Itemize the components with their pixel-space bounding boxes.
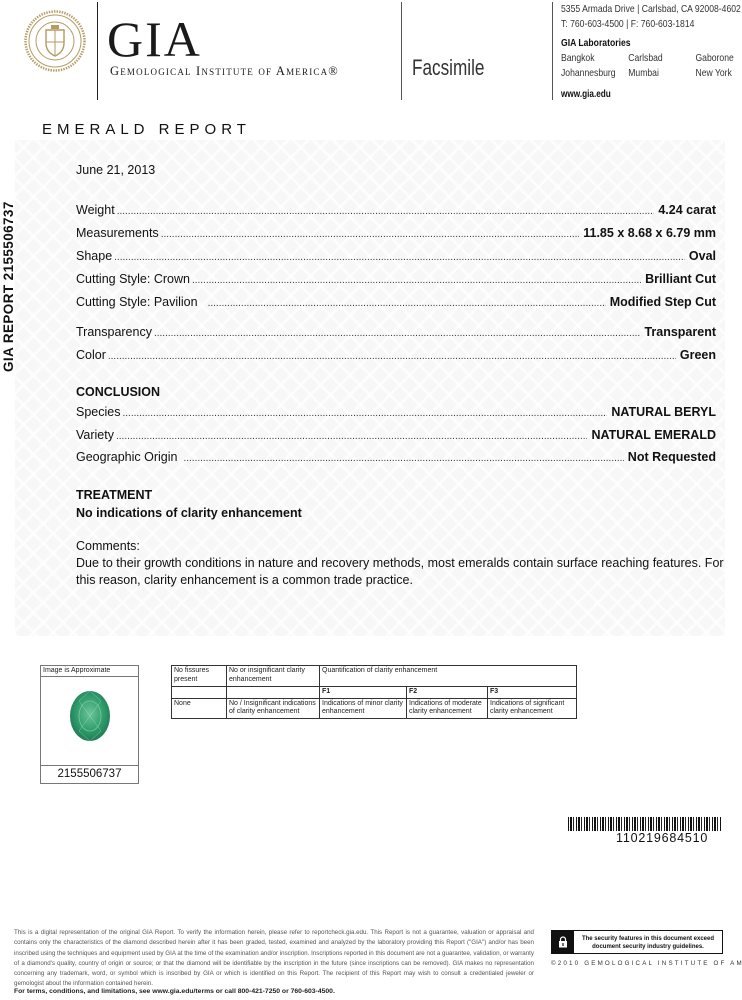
table-cell: None [172,698,227,718]
labs-list: Bangkok Carlsbad Gaborone Johannesburg M… [561,51,742,81]
property-row-pavilion: Cutting Style: PavilionModified Step Cut [76,295,716,309]
leader-dots [154,328,640,339]
treatment-value: No indications of clarity enhancement [76,506,302,520]
report-title: EMERALD REPORT [42,121,251,138]
property-label: Transparency [76,325,152,339]
property-value: Brilliant Cut [645,272,716,286]
conclusion-row-variety: VarietyNATURAL EMERALD [76,428,716,442]
gem-image-box: Image is Approximate 2155506737 [40,665,139,784]
leader-dots [116,431,587,442]
lab-city: Gaborone [695,51,742,66]
conclusion-heading: CONCLUSION [76,385,160,399]
leader-dots [183,453,623,464]
leader-dots [108,351,676,362]
terms-text: For terms, conditions, and limitations, … [14,988,335,995]
comments-label: Comments: [76,539,140,553]
conclusion-row-origin: Geographic OriginNot Requested [76,450,716,464]
property-value: 11.85 x 8.68 x 6.79 mm [583,226,716,240]
table-cell [172,687,227,699]
property-label: Shape [76,249,112,263]
property-label: Weight [76,203,115,217]
treatment-heading: TREATMENT [76,488,152,502]
conclusion-value: Not Requested [628,450,716,464]
comments-text: Due to their growth conditions in nature… [76,555,726,589]
lab-city: Carlsbad [628,51,685,66]
table-grade-cell: F2 [407,687,488,699]
table-header-cell: No or insignificant clarity enhancement [227,666,320,687]
leader-dots [161,229,580,240]
labs-title: GIA Laboratories [561,36,742,51]
table-grade-cell: F3 [488,687,577,699]
image-caption: Image is Approximate [41,666,138,677]
barcode-number: 110219684510 [616,831,708,845]
leader-dots [192,275,641,286]
header-divider [401,2,402,100]
address: 5355 Armada Drive | Carlsbad, CA 92008-4… [561,2,742,17]
property-value: 4.24 carat [658,203,716,217]
property-label: Measurements [76,226,159,240]
lab-city: Johannesburg [561,66,618,81]
conclusion-value: NATURAL BERYL [611,405,716,419]
phone-fax: T: 760-603-4500 | F: 760-603-1814 [561,17,742,32]
property-row-transparency: TransparencyTransparent [76,325,716,339]
lock-icon [552,931,574,953]
table-cell: Indications of significant clarity enhan… [488,698,577,718]
report-header: GIA Gemological Institute of America® Fa… [0,0,742,110]
side-report-number: GIA REPORT 2155506737 [1,201,16,372]
property-label: Color [76,348,106,362]
property-row-weight: Weight4.24 carat [76,203,716,217]
table-header-cell: Quantification of clarity enhancement [320,666,577,687]
gia-seal-icon [24,10,86,72]
property-row-measurements: Measurements11.85 x 8.68 x 6.79 mm [76,226,716,240]
property-row-shape: ShapeOval [76,249,716,263]
conclusion-value: NATURAL EMERALD [591,428,716,442]
leader-dots [122,408,607,419]
property-row-color: ColorGreen [76,348,716,362]
document-type-label: Facsimile [412,55,484,81]
security-text: The security features in this document e… [574,931,722,953]
table-header-cell: No fissures present [172,666,227,687]
table-cell: No / Insignificant indications of clarit… [227,698,320,718]
property-value: Transparent [644,325,716,339]
copyright: ©2010 GEMOLOGICAL INSTITUTE OF AMERICA, … [551,960,742,967]
conclusion-label: Geographic Origin [76,450,177,464]
leader-dots [117,206,655,217]
table-cell: Indications of minor clarity enhancement [320,698,407,718]
leader-dots [208,298,606,309]
gia-logo-word: GIA [107,14,202,64]
clarity-enhancement-table: No fissures present No or insignificant … [171,665,577,719]
header-divider [97,2,98,100]
security-notice: The security features in this document e… [551,930,723,954]
property-label: Cutting Style: Pavilion [76,295,198,309]
report-date: June 21, 2013 [76,163,155,177]
conclusion-row-species: SpeciesNATURAL BERYL [76,405,716,419]
table-cell: Indications of moderate clarity enhancem… [407,698,488,718]
lab-city: Mumbai [628,66,685,81]
conclusion-label: Variety [76,428,114,442]
website-link[interactable]: www.gia.edu [561,87,742,102]
emerald-gem-image [69,690,111,742]
property-row-crown: Cutting Style: CrownBrilliant Cut [76,272,716,286]
table-cell [227,687,320,699]
property-value: Green [680,348,716,362]
property-label: Cutting Style: Crown [76,272,190,286]
header-divider [552,2,553,100]
gia-logo-fullname: Gemological Institute of America® [110,64,339,79]
property-value: Modified Step Cut [610,295,716,309]
disclaimer-text: This is a digital representation of the … [14,928,534,990]
image-report-number: 2155506737 [41,765,138,783]
lab-city: New York [695,66,742,81]
conclusion-label: Species [76,405,120,419]
leader-dots [114,252,685,263]
barcode [568,817,721,831]
property-value: Oval [689,249,716,263]
contact-block: 5355 Armada Drive | Carlsbad, CA 92008-4… [561,2,742,102]
lab-city: Bangkok [561,51,618,66]
table-grade-cell: F1 [320,687,407,699]
